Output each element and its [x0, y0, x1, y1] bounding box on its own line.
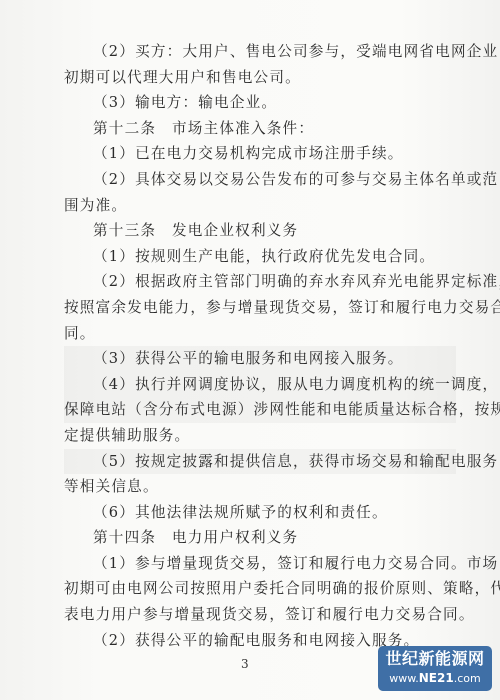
url-prefix: www.: [389, 672, 418, 685]
text-line: （5）按规定披露和提供信息，获得市场交易和输配电服务: [64, 449, 456, 475]
text-line: 同。: [64, 321, 456, 347]
article-heading: 第十四条 电力用户权利义务: [64, 525, 456, 551]
text-line: 等相关信息。: [64, 474, 456, 500]
watermark-logo: 世纪新能源网 www.NE21.com: [378, 646, 492, 691]
text-line: 围为准。: [64, 193, 456, 219]
text-line: （1）已在电力交易机构完成市场注册手续。: [64, 141, 456, 167]
document-page: （2）买方：大用户、售电公司参与，受端电网省电网企业 初期可以代理大用户和售电公…: [0, 0, 500, 700]
article-heading: 第十二条 市场主体准入条件：: [64, 116, 456, 142]
text-line: 保障电站（含分布式电源）涉网性能和电能质量达标合格，按规: [64, 397, 456, 423]
page-number: 3: [241, 657, 249, 671]
document-body: （2）买方：大用户、售电公司参与，受端电网省电网企业 初期可以代理大用户和售电公…: [64, 39, 456, 653]
text-line: （2）买方：大用户、售电公司参与，受端电网省电网企业: [64, 39, 456, 65]
text-line: 表电力用户参与增量现货交易，签订和履行电力交易合同。: [64, 602, 456, 628]
text-line: （4）执行并网调度协议，服从电力调度机构的统一调度，: [64, 372, 456, 398]
text-line: 初期可以代理大用户和售电公司。: [64, 65, 456, 91]
text-line: （6）其他法律法规所赋予的权利和责任。: [64, 500, 456, 526]
text-line: （2）根据政府主管部门明确的弃水弃风弃光电能界定标准，: [64, 269, 456, 295]
watermark-title: 世纪新能源网: [378, 648, 492, 670]
text-line: （3）获得公平的输电服务和电网接入服务。: [64, 346, 456, 372]
text-line: （2）具体交易以交易公告发布的可参与交易主体名单或范: [64, 167, 456, 193]
url-suffix: .com: [454, 672, 481, 685]
text-line: 初期可由电网公司按照用户委托合同明确的报价原则、策略，代: [64, 576, 456, 602]
text-line: 按照富余发电能力，参与增量现货交易，签订和履行电力交易合: [64, 295, 456, 321]
text-line: （1）参与增量现货交易，签订和履行电力交易合同。市场: [64, 551, 456, 577]
url-brand: NE21: [419, 671, 454, 685]
text-line: （3）输电方：输电企业。: [64, 90, 456, 116]
watermark-url: www.NE21.com: [378, 670, 492, 687]
text-line: 定提供辅助服务。: [64, 423, 456, 449]
text-line: （1）按规则生产电能，执行政府优先发电合同。: [64, 244, 456, 270]
article-heading: 第十三条 发电企业权利义务: [64, 218, 456, 244]
